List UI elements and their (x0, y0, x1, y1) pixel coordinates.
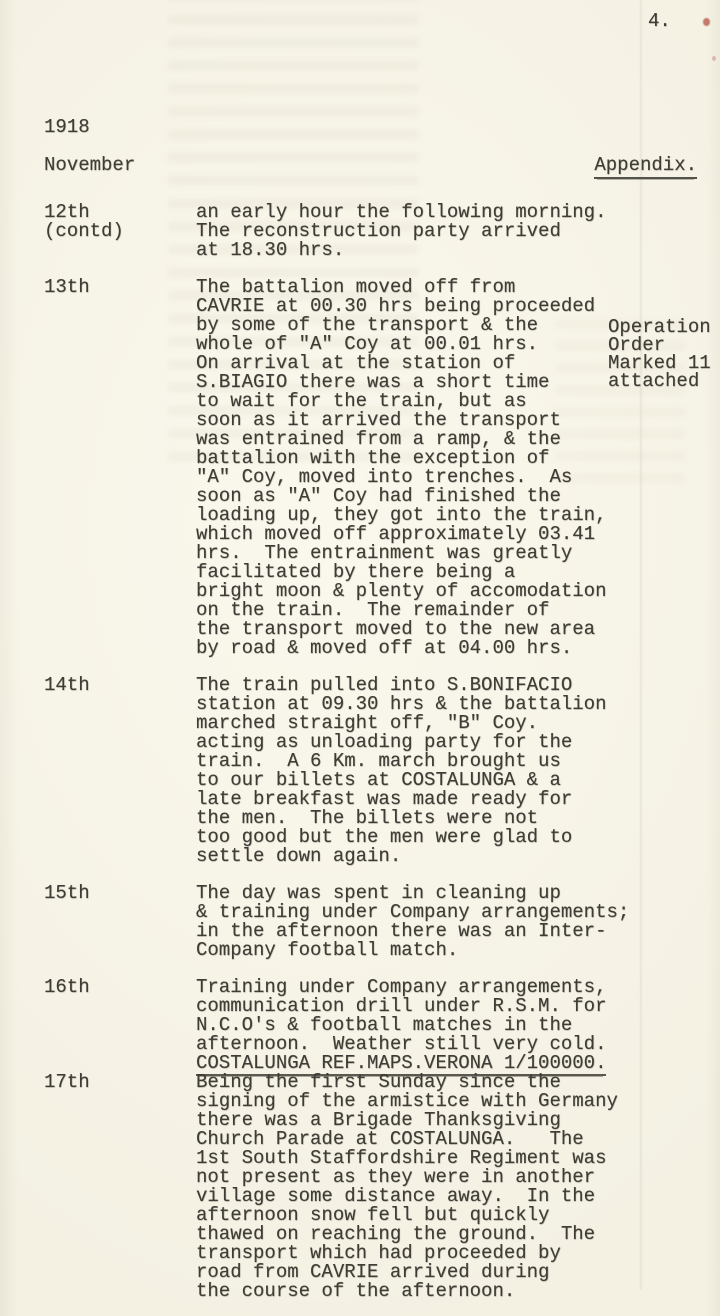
diary-entry: 17thBeing the first Sunday since thesign… (44, 1073, 720, 1301)
page-number: 4. (648, 12, 671, 31)
entry-body: The day was spent in cleaning up& traini… (196, 884, 629, 960)
entry-body: The train pulled into S.BONIFACIOstation… (196, 676, 606, 866)
red-ink-spot (703, 18, 710, 26)
diary-page: 4. 1918 November Appendix. 12th(contd)an… (0, 0, 720, 1316)
entry-date-column: 12th(contd) (44, 203, 196, 260)
entry-text-line: at 18.30 hrs. (196, 241, 606, 260)
diary-entries: 12th(contd)an early hour the following m… (44, 203, 720, 1301)
entry-text-line: Company football match. (196, 941, 629, 960)
diary-header-row: November Appendix. (44, 156, 720, 179)
diary-entry: 16thTraining under Company arrangements,… (44, 978, 720, 1073)
entry-body: Being the first Sunday since thesigning … (196, 1073, 618, 1301)
entry-date-column: 14th (44, 676, 196, 866)
entry-body: The battalion moved off fromCAVRIE at 00… (196, 278, 606, 658)
margin-note-line: attached (608, 372, 711, 390)
diary-entry: 15thThe day was spent in cleaning up& tr… (44, 884, 720, 960)
entry-body: an early hour the following morning.The … (196, 203, 606, 260)
entry-text-line: settle down again. (196, 847, 606, 866)
entry-date: 14th (44, 676, 196, 695)
diary-entry: 13thThe battalion moved off fromCAVRIE a… (44, 278, 720, 658)
entry-date: 16th (44, 978, 196, 997)
entry-date: 17th (44, 1073, 196, 1092)
entry-text-line: the course of the afternoon. (196, 1282, 618, 1301)
red-ink-speck (712, 56, 716, 61)
diary-entry: 14thThe train pulled into S.BONIFACIOsta… (44, 676, 720, 866)
appendix-heading: Appendix. (594, 156, 697, 179)
entry-body: Training under Company arrangements,comm… (196, 978, 606, 1073)
entry-date-column: 16th (44, 978, 196, 1073)
diary-year: 1918 (44, 0, 720, 137)
entry-text-line: by road & moved off at 04.00 hrs. (196, 639, 606, 658)
entry-date: 13th (44, 278, 196, 297)
entry-date-column: 13th (44, 278, 196, 658)
margin-note: OperationOrderMarked 11attached (608, 318, 711, 390)
entry-date-column: 17th (44, 1073, 196, 1301)
entry-date-column: 15th (44, 884, 196, 960)
entry-date: 15th (44, 884, 196, 903)
diary-month: November (44, 156, 135, 175)
diary-entry: 12th(contd)an early hour the following m… (44, 203, 720, 260)
entry-date-contd: (contd) (44, 222, 196, 241)
